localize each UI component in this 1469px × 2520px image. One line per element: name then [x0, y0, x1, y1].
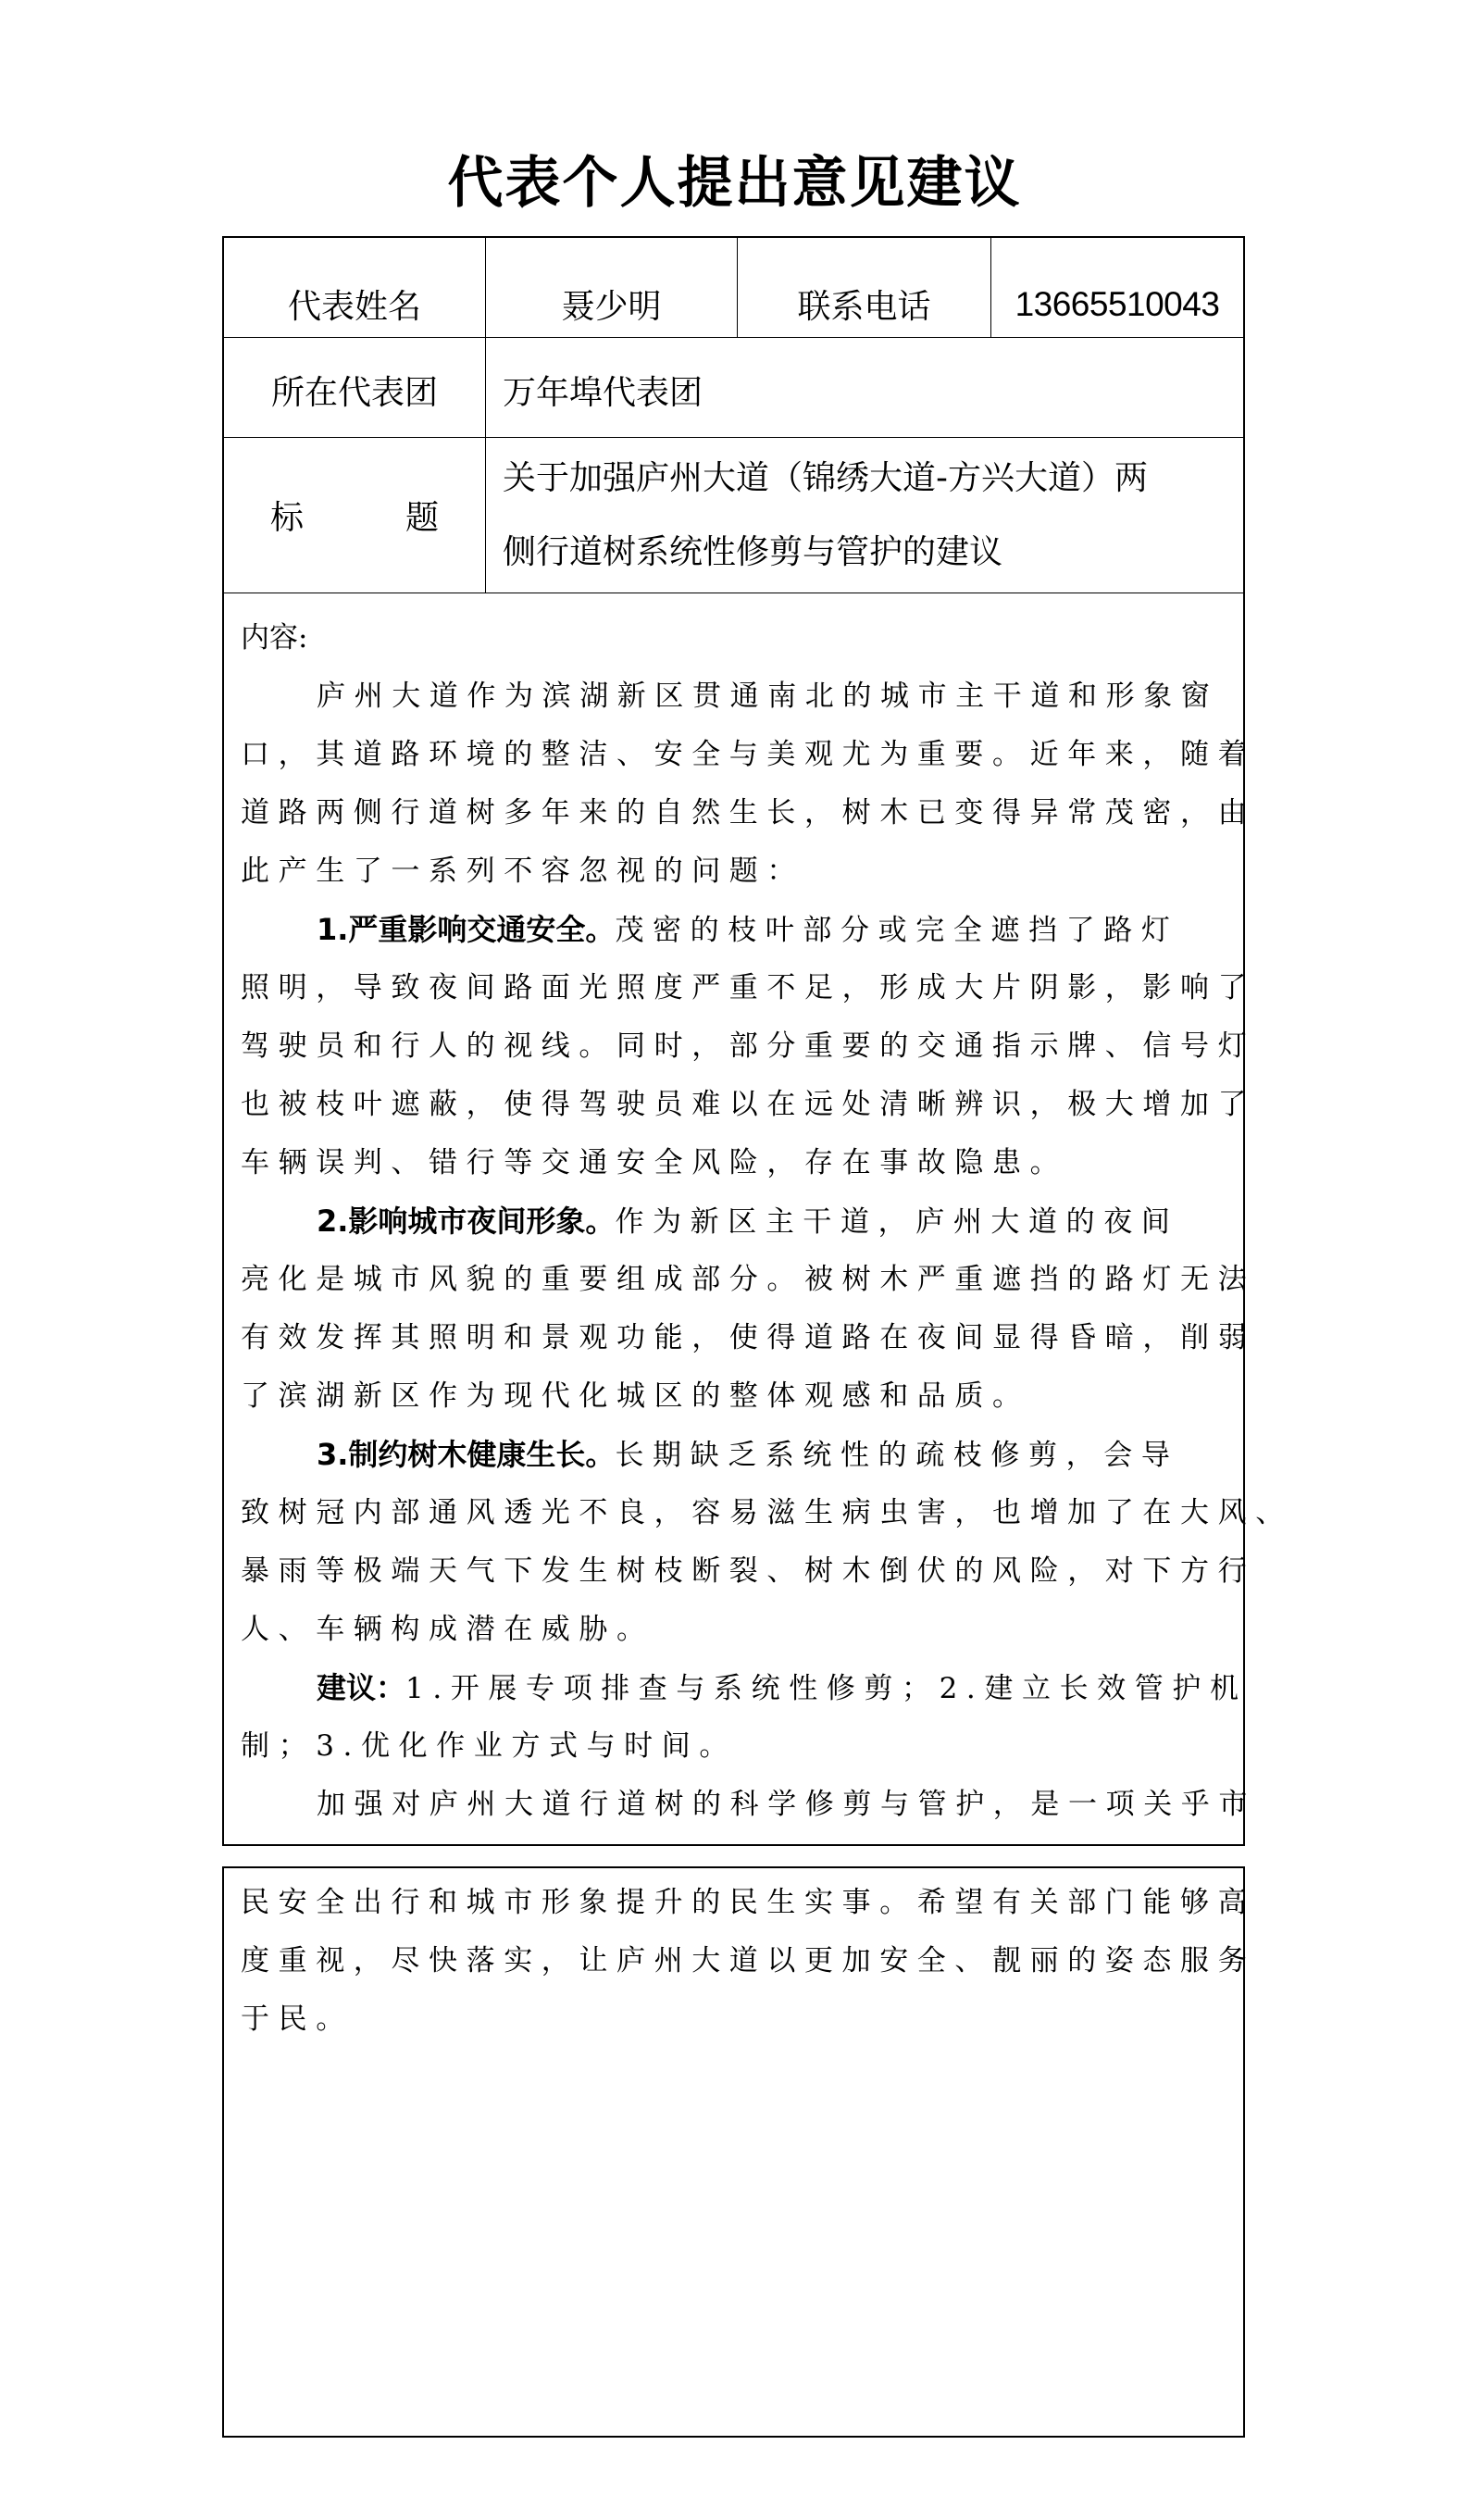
content-line: 了滨湖新区作为现代化城区的整体观感和品质。 — [241, 1367, 1234, 1426]
continuation-body: 民安全出行和城市形象提升的民生实事。希望有关部门能够高度重视，尽快落实，让庐州大… — [241, 1874, 1234, 2049]
content-line-text: 也被枝叶遮蔽，使得驾驶员难以在远处清晰辨识，极大增加了 — [241, 1088, 1255, 1121]
content-line-text: 加强对庐州大道行道树的科学修剪与管护，是一项关乎市 — [317, 1788, 1256, 1821]
page-title: 代表个人提出意见建议 — [0, 139, 1469, 228]
name-value: 聂少明 — [486, 238, 738, 337]
content-line: 照明，导致夜间路面光照度严重不足，形成大片阴影，影响了 — [241, 959, 1234, 1017]
content-line-text: 庐州大道作为滨湖新区贯通南北的城市主干道和形象窗 — [317, 680, 1218, 713]
content-label: 内容: — [241, 608, 1234, 667]
subject-value: 关于加强庐州大道（锦绣大道-方兴大道）两 侧行道树系统性修剪与管护的建议 — [486, 438, 1243, 593]
content-line-text: 驾驶员和行人的视线。同时，部分重要的交通指示牌、信号灯 — [241, 1029, 1255, 1063]
continuation-line: 度重视，尽快落实，让庐州大道以更加安全、靓丽的姿态服务 — [241, 1932, 1234, 1990]
content-line-text: 口，其道路环境的整洁、安全与美观尤为重要。近年来，随着 — [241, 738, 1255, 771]
content-line: 建议：1.开展专项排查与系统性修剪；2.建立长效管护机 — [241, 1659, 1234, 1717]
content-line-heading: 3.制约树木健康生长。 — [317, 1437, 615, 1472]
content-line-text: 照明，导致夜间路面光照度严重不足，形成大片阴影，影响了 — [241, 971, 1255, 1004]
content-line-text: 此产生了一系列不容忽视的问题： — [241, 855, 804, 888]
continuation-box: 民安全出行和城市形象提升的民生实事。希望有关部门能够高度重视，尽快落实，让庐州大… — [222, 1866, 1245, 2438]
content-line-text: 车辆误判、错行等交通安全风险，存在事故隐患。 — [241, 1146, 1067, 1179]
content-body: 庐州大道作为滨湖新区贯通南北的城市主干道和形象窗口，其道路环境的整洁、安全与美观… — [241, 667, 1234, 1834]
content-line: 致树冠内部通风透光不良，容易滋生病虫害，也增加了在大风、 — [241, 1484, 1234, 1542]
content-line-heading: 2.影响城市夜间形象。 — [317, 1204, 615, 1239]
subject-line-2: 侧行道树系统性修剪与管护的建议 — [503, 516, 1002, 590]
delegation-value: 万年埠代表团 — [486, 338, 1243, 437]
content-line-text: 人、车辆构成潜在威胁。 — [241, 1613, 654, 1646]
content-line: 车辆误判、错行等交通安全风险，存在事故隐患。 — [241, 1134, 1234, 1192]
proposal-form-table: 代表姓名 聂少明 联系电话 13665510043 所在代表团 万年埠代表团 标… — [222, 236, 1245, 1846]
subject-label: 标题 — [224, 438, 486, 593]
content-line: 3.制约树木健康生长。长期缺乏系统性的疏枝修剪，会导 — [241, 1426, 1234, 1484]
content-line-text: 茂密的枝叶部分或完全遮挡了路灯 — [615, 914, 1178, 947]
continuation-line: 民安全出行和城市形象提升的民生实事。希望有关部门能够高 — [241, 1874, 1234, 1932]
content-line-text: 长期缺乏系统性的疏枝修剪，会导 — [615, 1439, 1178, 1472]
phone-value: 13665510043 — [991, 238, 1243, 337]
content-line: 此产生了一系列不容忽视的问题： — [241, 842, 1234, 901]
delegation-label: 所在代表团 — [224, 338, 486, 437]
subject-line-1: 关于加强庐州大道（锦绣大道-方兴大道）两 — [503, 442, 1148, 516]
row-delegation: 所在代表团 万年埠代表团 — [224, 338, 1243, 438]
content-line-text: 1.开展专项排查与系统性修剪；2.建立长效管护机 — [405, 1672, 1248, 1705]
content-line-text: 了滨湖新区作为现代化城区的整体观感和品质。 — [241, 1379, 1030, 1413]
content-line: 2.影响城市夜间形象。作为新区主干道，庐州大道的夜间 — [241, 1192, 1234, 1251]
content-line-text: 致树冠内部通风透光不良，容易滋生病虫害，也增加了在大风、 — [241, 1496, 1293, 1529]
row-subject: 标题 关于加强庐州大道（锦绣大道-方兴大道）两 侧行道树系统性修剪与管护的建议 — [224, 438, 1243, 593]
content-line: 庐州大道作为滨湖新区贯通南北的城市主干道和形象窗 — [241, 667, 1234, 726]
content-cell: 内容: 庐州大道作为滨湖新区贯通南北的城市主干道和形象窗口，其道路环境的整洁、安… — [224, 593, 1243, 1844]
content-line: 道路两侧行道树多年来的自然生长，树木已变得异常茂密，由 — [241, 784, 1234, 842]
content-line-heading: 建议： — [317, 1670, 405, 1705]
content-line: 1.严重影响交通安全。茂密的枝叶部分或完全遮挡了路灯 — [241, 901, 1234, 959]
content-line-text: 道路两侧行道树多年来的自然生长，树木已变得异常茂密，由 — [241, 796, 1255, 830]
content-line: 驾驶员和行人的视线。同时，部分重要的交通指示牌、信号灯 — [241, 1017, 1234, 1076]
content-line: 也被枝叶遮蔽，使得驾驶员难以在远处清晰辨识，极大增加了 — [241, 1076, 1234, 1134]
content-line: 亮化是城市风貌的重要组成部分。被树木严重遮挡的路灯无法 — [241, 1251, 1234, 1309]
content-line: 加强对庐州大道行道树的科学修剪与管护，是一项关乎市 — [241, 1776, 1234, 1834]
content-line: 有效发挥其照明和景观功能，使得道路在夜间显得昏暗，削弱 — [241, 1309, 1234, 1367]
content-line: 暴雨等极端天气下发生树枝断裂、树木倒伏的风险，对下方行 — [241, 1542, 1234, 1601]
content-line: 口，其道路环境的整洁、安全与美观尤为重要。近年来，随着 — [241, 726, 1234, 784]
subject-label-char-1: 标 — [270, 492, 304, 539]
continuation-line: 于民。 — [241, 1990, 1234, 2049]
content-line: 人、车辆构成潜在威胁。 — [241, 1601, 1234, 1659]
row-name-phone: 代表姓名 聂少明 联系电话 13665510043 — [224, 238, 1243, 338]
content-line-text: 暴雨等极端天气下发生树枝断裂、树木倒伏的风险，对下方行 — [241, 1554, 1255, 1588]
name-label: 代表姓名 — [224, 238, 486, 337]
subject-label-char-2: 题 — [405, 492, 439, 539]
content-line-text: 有效发挥其照明和景观功能，使得道路在夜间显得昏暗，削弱 — [241, 1321, 1255, 1354]
content-line-text: 作为新区主干道，庐州大道的夜间 — [615, 1205, 1178, 1239]
content-line-text: 制；3.优化作业方式与时间。 — [241, 1729, 737, 1763]
phone-label: 联系电话 — [738, 238, 991, 337]
content-line-text: 亮化是城市风貌的重要组成部分。被树木严重遮挡的路灯无法 — [241, 1263, 1255, 1296]
content-line: 制；3.优化作业方式与时间。 — [241, 1717, 1234, 1776]
content-line-heading: 1.严重影响交通安全。 — [317, 912, 615, 947]
